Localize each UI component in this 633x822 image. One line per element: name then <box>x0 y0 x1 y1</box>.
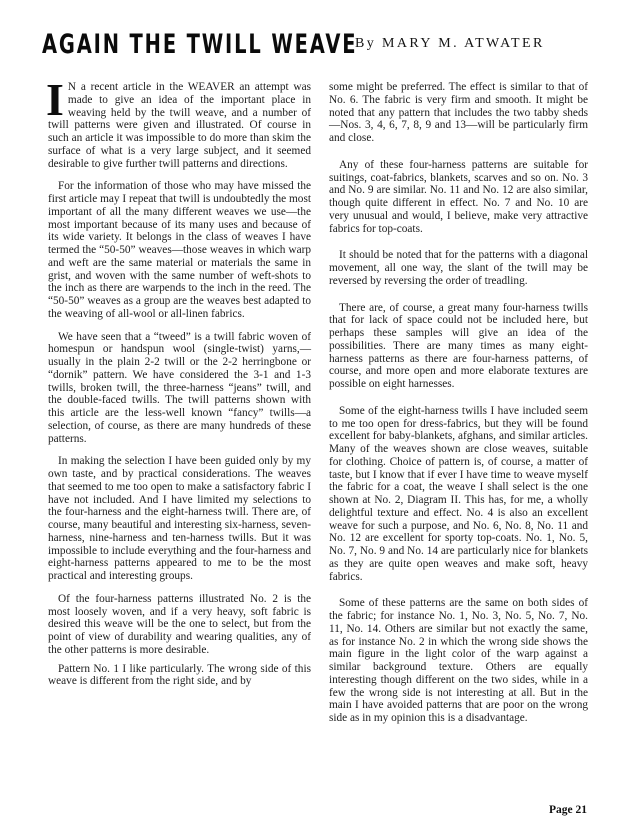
magazine-page: AGAIN THE TWILL WEAVE By MARY M. ATWATER… <box>0 0 633 822</box>
paragraph: We have seen that a “tweed” is a twill f… <box>48 331 311 446</box>
left-column: IN a recent article in the WEAVER an att… <box>48 81 311 698</box>
paragraph-intro: IN a recent article in the WEAVER an att… <box>48 81 311 170</box>
paragraph: It should be noted that for the patterns… <box>329 249 588 287</box>
right-column: some might be preferred. The effect is s… <box>329 81 588 735</box>
paragraph-continued: some might be preferred. The effect is s… <box>329 81 588 145</box>
paragraph: In making the selection I have been guid… <box>48 455 311 583</box>
paragraph: Some of these patterns are the same on b… <box>329 597 588 725</box>
page-number: Page 21 <box>549 804 587 816</box>
paragraph: There are, of course, a great many four-… <box>329 302 588 391</box>
paragraph: Some of the eight-harness twills I have … <box>329 405 588 584</box>
paragraph: Any of these four-harness patterns are s… <box>329 159 588 236</box>
author-byline: By MARY M. ATWATER <box>355 36 545 52</box>
paragraph: For the information of those who may hav… <box>48 180 311 320</box>
drop-cap: I <box>46 82 64 119</box>
article-header: AGAIN THE TWILL WEAVE By MARY M. ATWATER <box>42 28 622 64</box>
paragraph-text: N a recent article in the WEAVER an atte… <box>48 81 311 170</box>
paragraph: Of the four-harness patterns illustrated… <box>48 593 311 657</box>
article-title: AGAIN THE TWILL WEAVE <box>42 28 357 62</box>
paragraph: Pattern No. 1 I like particularly. The w… <box>48 663 311 689</box>
